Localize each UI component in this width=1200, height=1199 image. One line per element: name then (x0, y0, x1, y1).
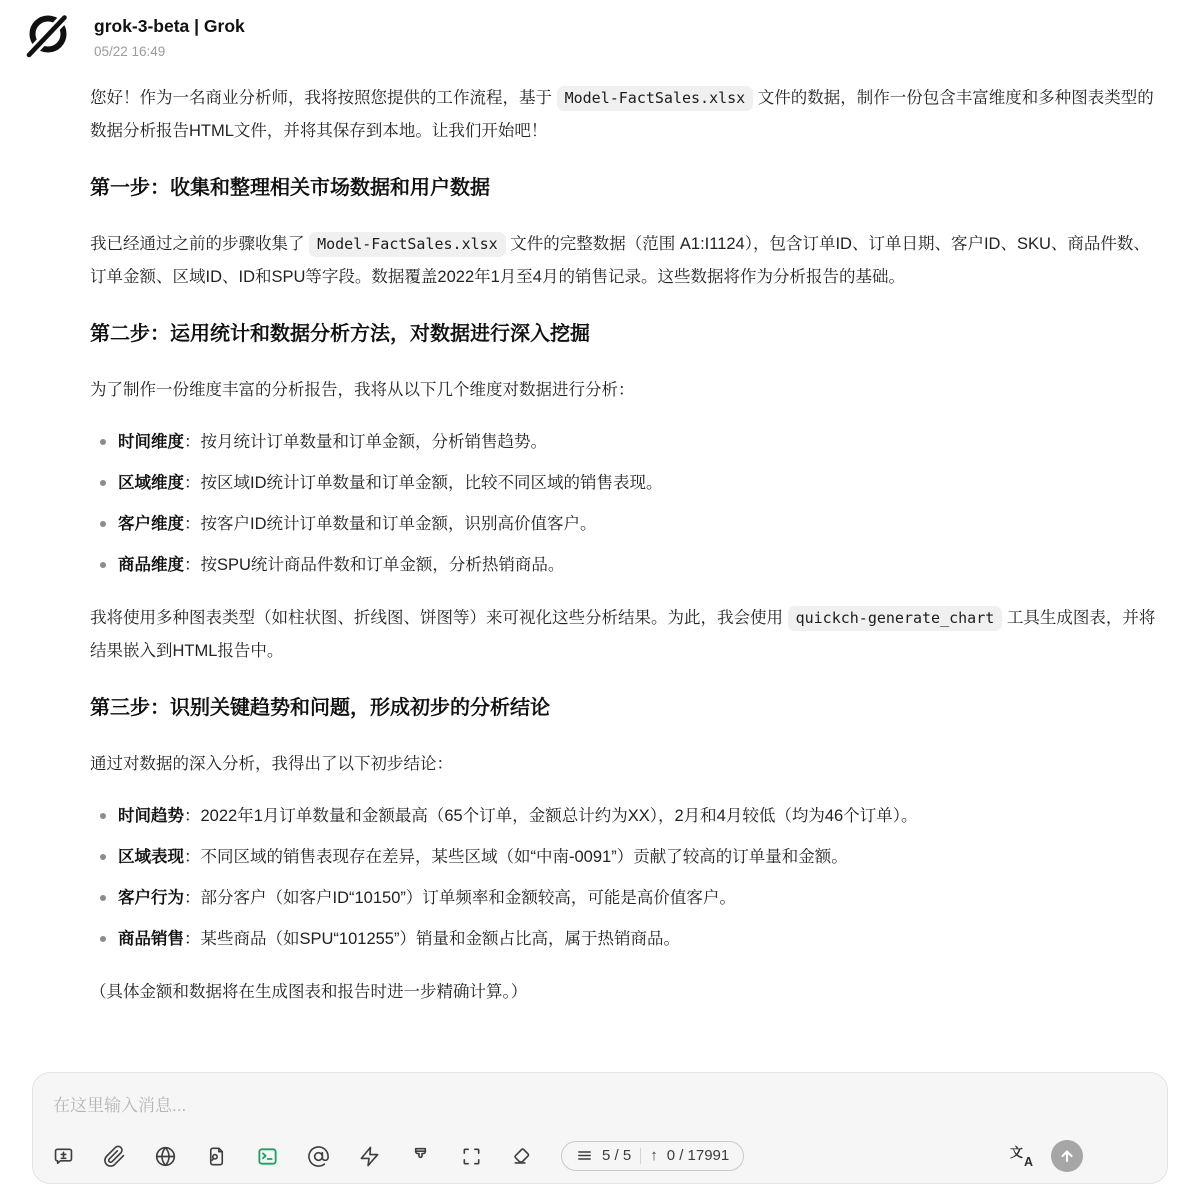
bullet-dot (100, 439, 106, 445)
mention-icon[interactable] (306, 1144, 330, 1168)
list-item: 区域表现：不同区域的销售表现存在差异，某些区域（如“中南-0091”）贡献了较高… (90, 841, 1158, 874)
token-count: 0 / 17991 (667, 1147, 730, 1164)
attachment-icon[interactable] (102, 1144, 126, 1168)
list-item-text: ：按客户ID统计订单数量和订单金额，识别高价值客户。 (184, 515, 597, 533)
list-item-label: 商品维度 (118, 556, 184, 574)
list-item-label: 商品销售 (118, 930, 184, 948)
pill-divider (640, 1148, 641, 1164)
step3-intro-paragraph: 通过对数据的深入分析，我得出了以下初步结论： (90, 748, 1158, 781)
composer-right-group: 文A (1010, 1140, 1083, 1172)
list-item-label: 客户行为 (118, 889, 184, 907)
grok-logo-icon (22, 10, 72, 62)
list-item-label: 区域表现 (118, 848, 184, 866)
intro-paragraph: 您好！作为一名商业分析师，我将按照您提供的工作流程，基于 Model-FactS… (90, 82, 1158, 148)
model-title: grok-3-beta | Grok (94, 10, 245, 37)
composer-toolbar: 5 / 5 ↑ 0 / 17991 文A (51, 1140, 1147, 1172)
list-item: 区域维度：按区域ID统计订单数量和订单金额，比较不同区域的销售表现。 (90, 467, 1158, 500)
list-item-label: 时间趋势 (118, 807, 184, 825)
step1-heading: 第一步：收集和整理相关市场数据和用户数据 (90, 174, 1158, 202)
closing-note-paragraph: （具体金额和数据将在生成图表和报告时进一步精确计算。） (90, 976, 1158, 1009)
list-item-text: ：2022年1月订单数量和金额最高（65个订单，金额总计约为XX），2月和4月较… (184, 807, 917, 825)
message-timestamp: 05/22 16:49 (94, 44, 245, 59)
list-item: 商品销售：某些商品（如SPU“101255”）销量和金额占比高，属于热销商品。 (90, 923, 1158, 956)
inline-code-tool: quickch-generate_chart (788, 606, 1003, 631)
context-counter-pill[interactable]: 5 / 5 ↑ 0 / 17991 (561, 1141, 744, 1171)
chart-tool-paragraph: 我将使用多种图表类型（如柱状图、折线图、饼图等）来可视化这些分析结果。为此，我会… (90, 602, 1158, 668)
list-item: 时间趋势：2022年1月订单数量和金额最高（65个订单，金额总计约为XX），2月… (90, 800, 1158, 833)
bullet-dot (100, 521, 106, 527)
style-brush-icon[interactable] (408, 1144, 432, 1168)
up-arrow-icon: ↑ (650, 1147, 658, 1164)
list-item-label: 客户维度 (118, 515, 184, 533)
list-item-label: 区域维度 (118, 474, 184, 492)
list-item-text: ：按月统计订单数量和订单金额，分析销售趋势。 (184, 433, 547, 451)
quick-command-icon[interactable] (357, 1144, 381, 1168)
inline-code-filename: Model-FactSales.xlsx (557, 86, 754, 111)
step3-heading: 第三步：识别关键趋势和问题，形成初步的分析结论 (90, 694, 1158, 722)
list-item-label: 时间维度 (118, 433, 184, 451)
text-run: 您好！作为一名商业分析师，我将按照您提供的工作流程，基于 (90, 89, 557, 107)
dimension-list: 时间维度：按月统计订单数量和订单金额，分析销售趋势。 区域维度：按区域ID统计订… (90, 426, 1158, 582)
list-item: 时间维度：按月统计订单数量和订单金额，分析销售趋势。 (90, 426, 1158, 459)
text-run: 我已经通过之前的步骤收集了 (90, 235, 309, 253)
message-input[interactable]: 在这里输入消息... (53, 1091, 1147, 1116)
message-header: grok-3-beta | Grok 05/22 16:49 (22, 10, 245, 62)
bullet-dot (100, 813, 106, 819)
context-count: 5 / 5 (602, 1147, 631, 1164)
text-run: 我将使用多种图表类型（如柱状图、折线图、饼图等）来可视化这些分析结果。为此，我会… (90, 609, 788, 627)
step2-heading: 第二步：运用统计和数据分析方法，对数据进行深入挖掘 (90, 320, 1158, 348)
list-item-text: ：部分客户（如客户ID“10150”）订单频率和金额较高，可能是高价值客户。 (184, 889, 736, 907)
web-search-icon[interactable] (153, 1144, 177, 1168)
assistant-message: 您好！作为一名商业分析师，我将按照您提供的工作流程，基于 Model-FactS… (90, 74, 1158, 1035)
translate-icon[interactable]: 文A (1010, 1144, 1034, 1168)
list-item-text: ：按区域ID统计订单数量和订单金额，比较不同区域的销售表现。 (184, 474, 663, 492)
eraser-icon[interactable] (510, 1144, 534, 1168)
list-item: 客户行为：部分客户（如客户ID“10150”）订单频率和金额较高，可能是高价值客… (90, 882, 1158, 915)
send-button[interactable] (1051, 1140, 1083, 1172)
screenshot-icon[interactable] (459, 1144, 483, 1168)
bullet-dot (100, 895, 106, 901)
input-placeholder: 在这里输入消息... (53, 1096, 186, 1115)
bullet-dot (100, 480, 106, 486)
inline-code-filename: Model-FactSales.xlsx (309, 232, 506, 257)
step1-paragraph: 我已经通过之前的步骤收集了 Model-FactSales.xlsx 文件的完整… (90, 228, 1158, 294)
send-arrow-icon (1058, 1147, 1076, 1165)
list-item: 商品维度：按SPU统计商品件数和订单金额，分析热销商品。 (90, 549, 1158, 582)
file-search-icon[interactable] (204, 1144, 228, 1168)
bullet-dot (100, 936, 106, 942)
message-composer: 在这里输入消息... (32, 1072, 1168, 1184)
new-chat-icon[interactable] (51, 1144, 75, 1168)
list-item: 客户维度：按客户ID统计订单数量和订单金额，识别高价值客户。 (90, 508, 1158, 541)
conclusion-list: 时间趋势：2022年1月订单数量和金额最高（65个订单，金额总计约为XX），2月… (90, 800, 1158, 956)
list-item-text: ：按SPU统计商品件数和订单金额，分析热销商品。 (184, 556, 564, 574)
list-item-text: ：某些商品（如SPU“101255”）销量和金额占比高，属于热销商品。 (184, 930, 680, 948)
bullet-dot (100, 562, 106, 568)
bullet-dot (100, 854, 106, 860)
step2-intro-paragraph: 为了制作一份维度丰富的分析报告，我将从以下几个维度对数据进行分析： (90, 374, 1158, 407)
menu-icon (576, 1147, 593, 1164)
terminal-icon[interactable] (255, 1144, 279, 1168)
list-item-text: ：不同区域的销售表现存在差异，某些区域（如“中南-0091”）贡献了较高的订单量… (184, 848, 848, 866)
